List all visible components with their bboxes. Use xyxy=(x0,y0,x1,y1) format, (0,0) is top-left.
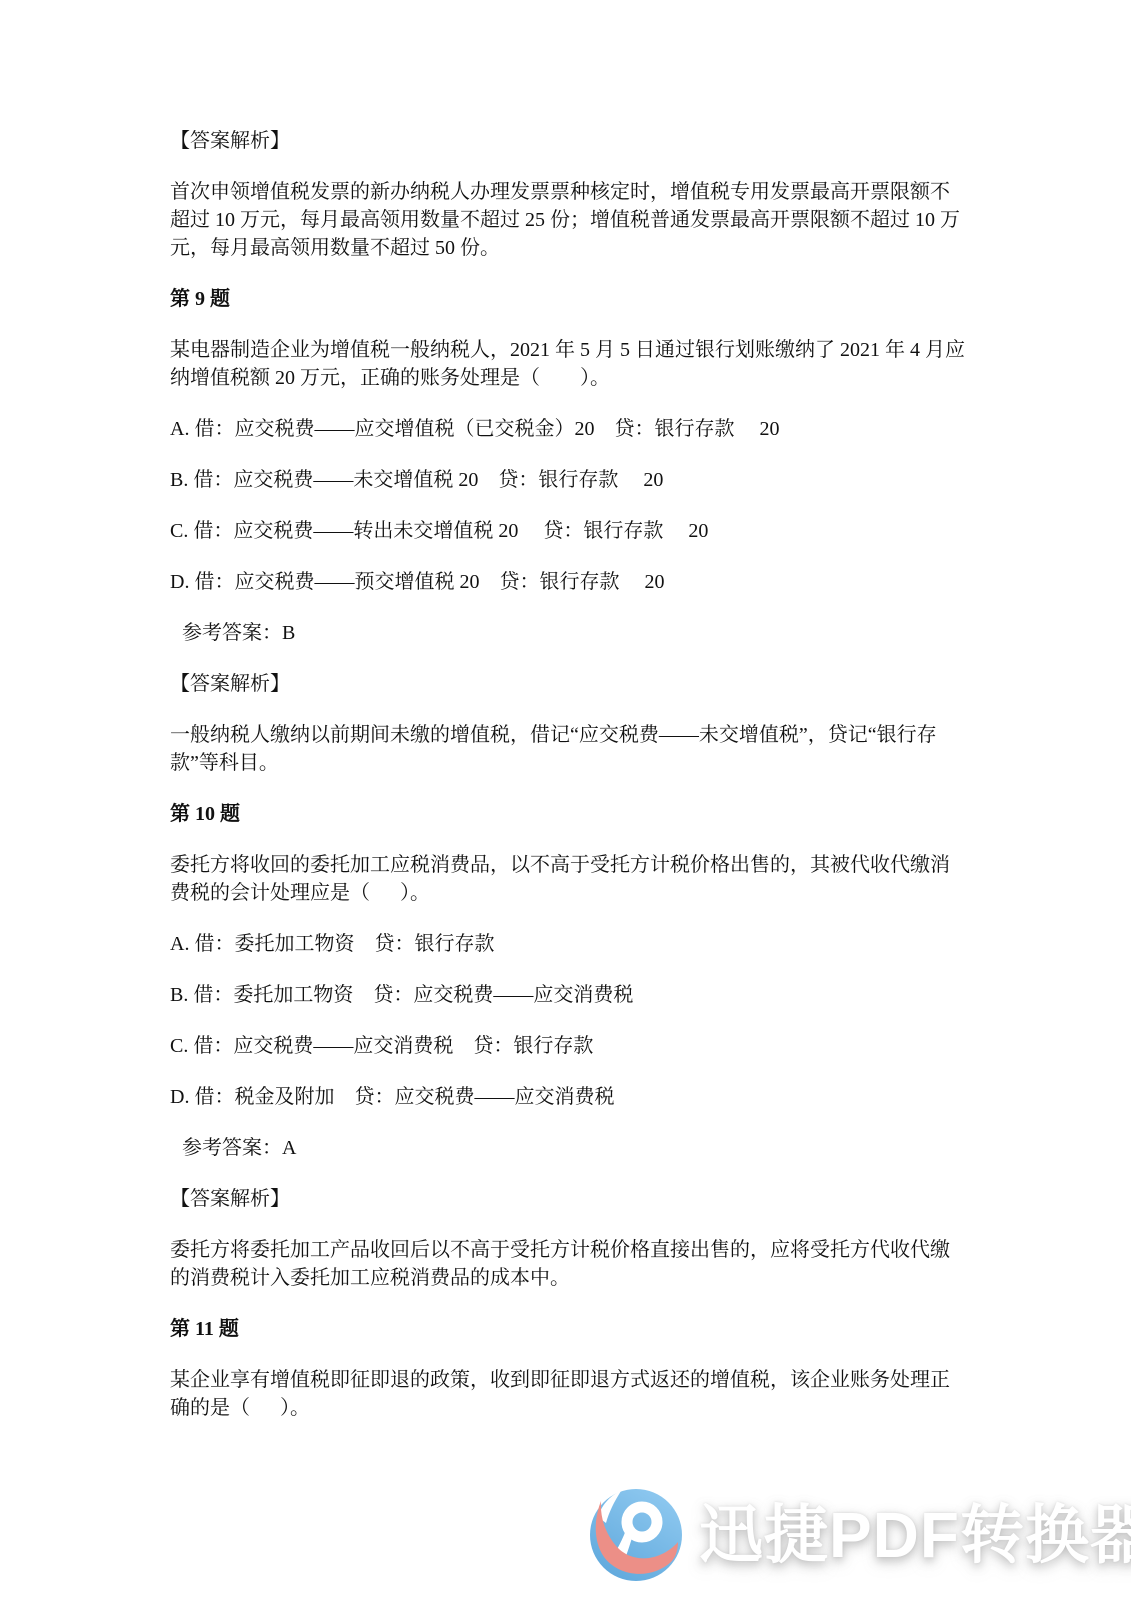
answer-analysis-heading: 【答案解析】 xyxy=(170,127,966,155)
question-11-text: 某企业享有增值税即征即退的政策，收到即征即退方式返还的增值税，该企业账务处理正确… xyxy=(170,1366,966,1422)
question-10-option-d: D. 借：税金及附加 贷：应交税费——应交消费税 xyxy=(170,1083,966,1111)
question-11-title: 第 11 题 xyxy=(170,1315,966,1343)
question-9-analysis-text: 一般纳税人缴纳以前期间未缴的增值税，借记“应交税费——未交增值税”，贷记“银行存… xyxy=(170,721,966,777)
question-9-option-d: D. 借：应交税费——预交增值税 20 贷：银行存款 20 xyxy=(170,568,966,596)
question-10-analysis-heading: 【答案解析】 xyxy=(170,1185,966,1213)
document-page: 【答案解析】 首次申领增值税发票的新办纳税人办理发票票种核定时，增值税专用发票最… xyxy=(0,0,1131,1600)
question-10-analysis-text: 委托方将委托加工产品收回后以不高于受托方计税价格直接出售的，应将受托方代收代缴的… xyxy=(170,1236,966,1292)
question-9-title: 第 9 题 xyxy=(170,285,966,313)
answer-analysis-text: 首次申领增值税发票的新办纳税人办理发票票种核定时，增值税专用发票最高开票限额不超… xyxy=(170,178,966,262)
watermark-text: 迅捷PDF转换器 xyxy=(699,1487,1131,1583)
question-10-title: 第 10 题 xyxy=(170,800,966,828)
document-content: 【答案解析】 首次申领增值税发票的新办纳税人办理发票票种核定时，增值税专用发票最… xyxy=(170,127,966,1445)
question-9-text: 某电器制造企业为增值税一般纳税人，2021 年 5 月 5 日通过银行划账缴纳了… xyxy=(170,336,966,392)
question-10-option-a: A. 借：委托加工物资 贷：银行存款 xyxy=(170,930,966,958)
question-10-text: 委托方将收回的委托加工应税消费品，以不高于受托方计税价格出售的，其被代收代缴消费… xyxy=(170,851,966,907)
pdf-converter-logo-icon xyxy=(589,1487,683,1583)
question-10-option-c: C. 借：应交税费——应交消费税 贷：银行存款 xyxy=(170,1032,966,1060)
question-9-option-a: A. 借：应交税费——应交增值税（已交税金）20 贷：银行存款 20 xyxy=(170,415,966,443)
question-9-answer: 参考答案：B xyxy=(170,619,966,647)
question-9-option-b: B. 借：应交税费——未交增值税 20 贷：银行存款 20 xyxy=(170,466,966,494)
question-10-option-b: B. 借：委托加工物资 贷：应交税费——应交消费税 xyxy=(170,981,966,1009)
watermark: 迅捷PDF转换器 xyxy=(589,1487,1131,1583)
question-9-analysis-heading: 【答案解析】 xyxy=(170,670,966,698)
question-9-option-c: C. 借：应交税费——转出未交增值税 20 贷：银行存款 20 xyxy=(170,517,966,545)
question-10-answer: 参考答案：A xyxy=(170,1134,966,1162)
